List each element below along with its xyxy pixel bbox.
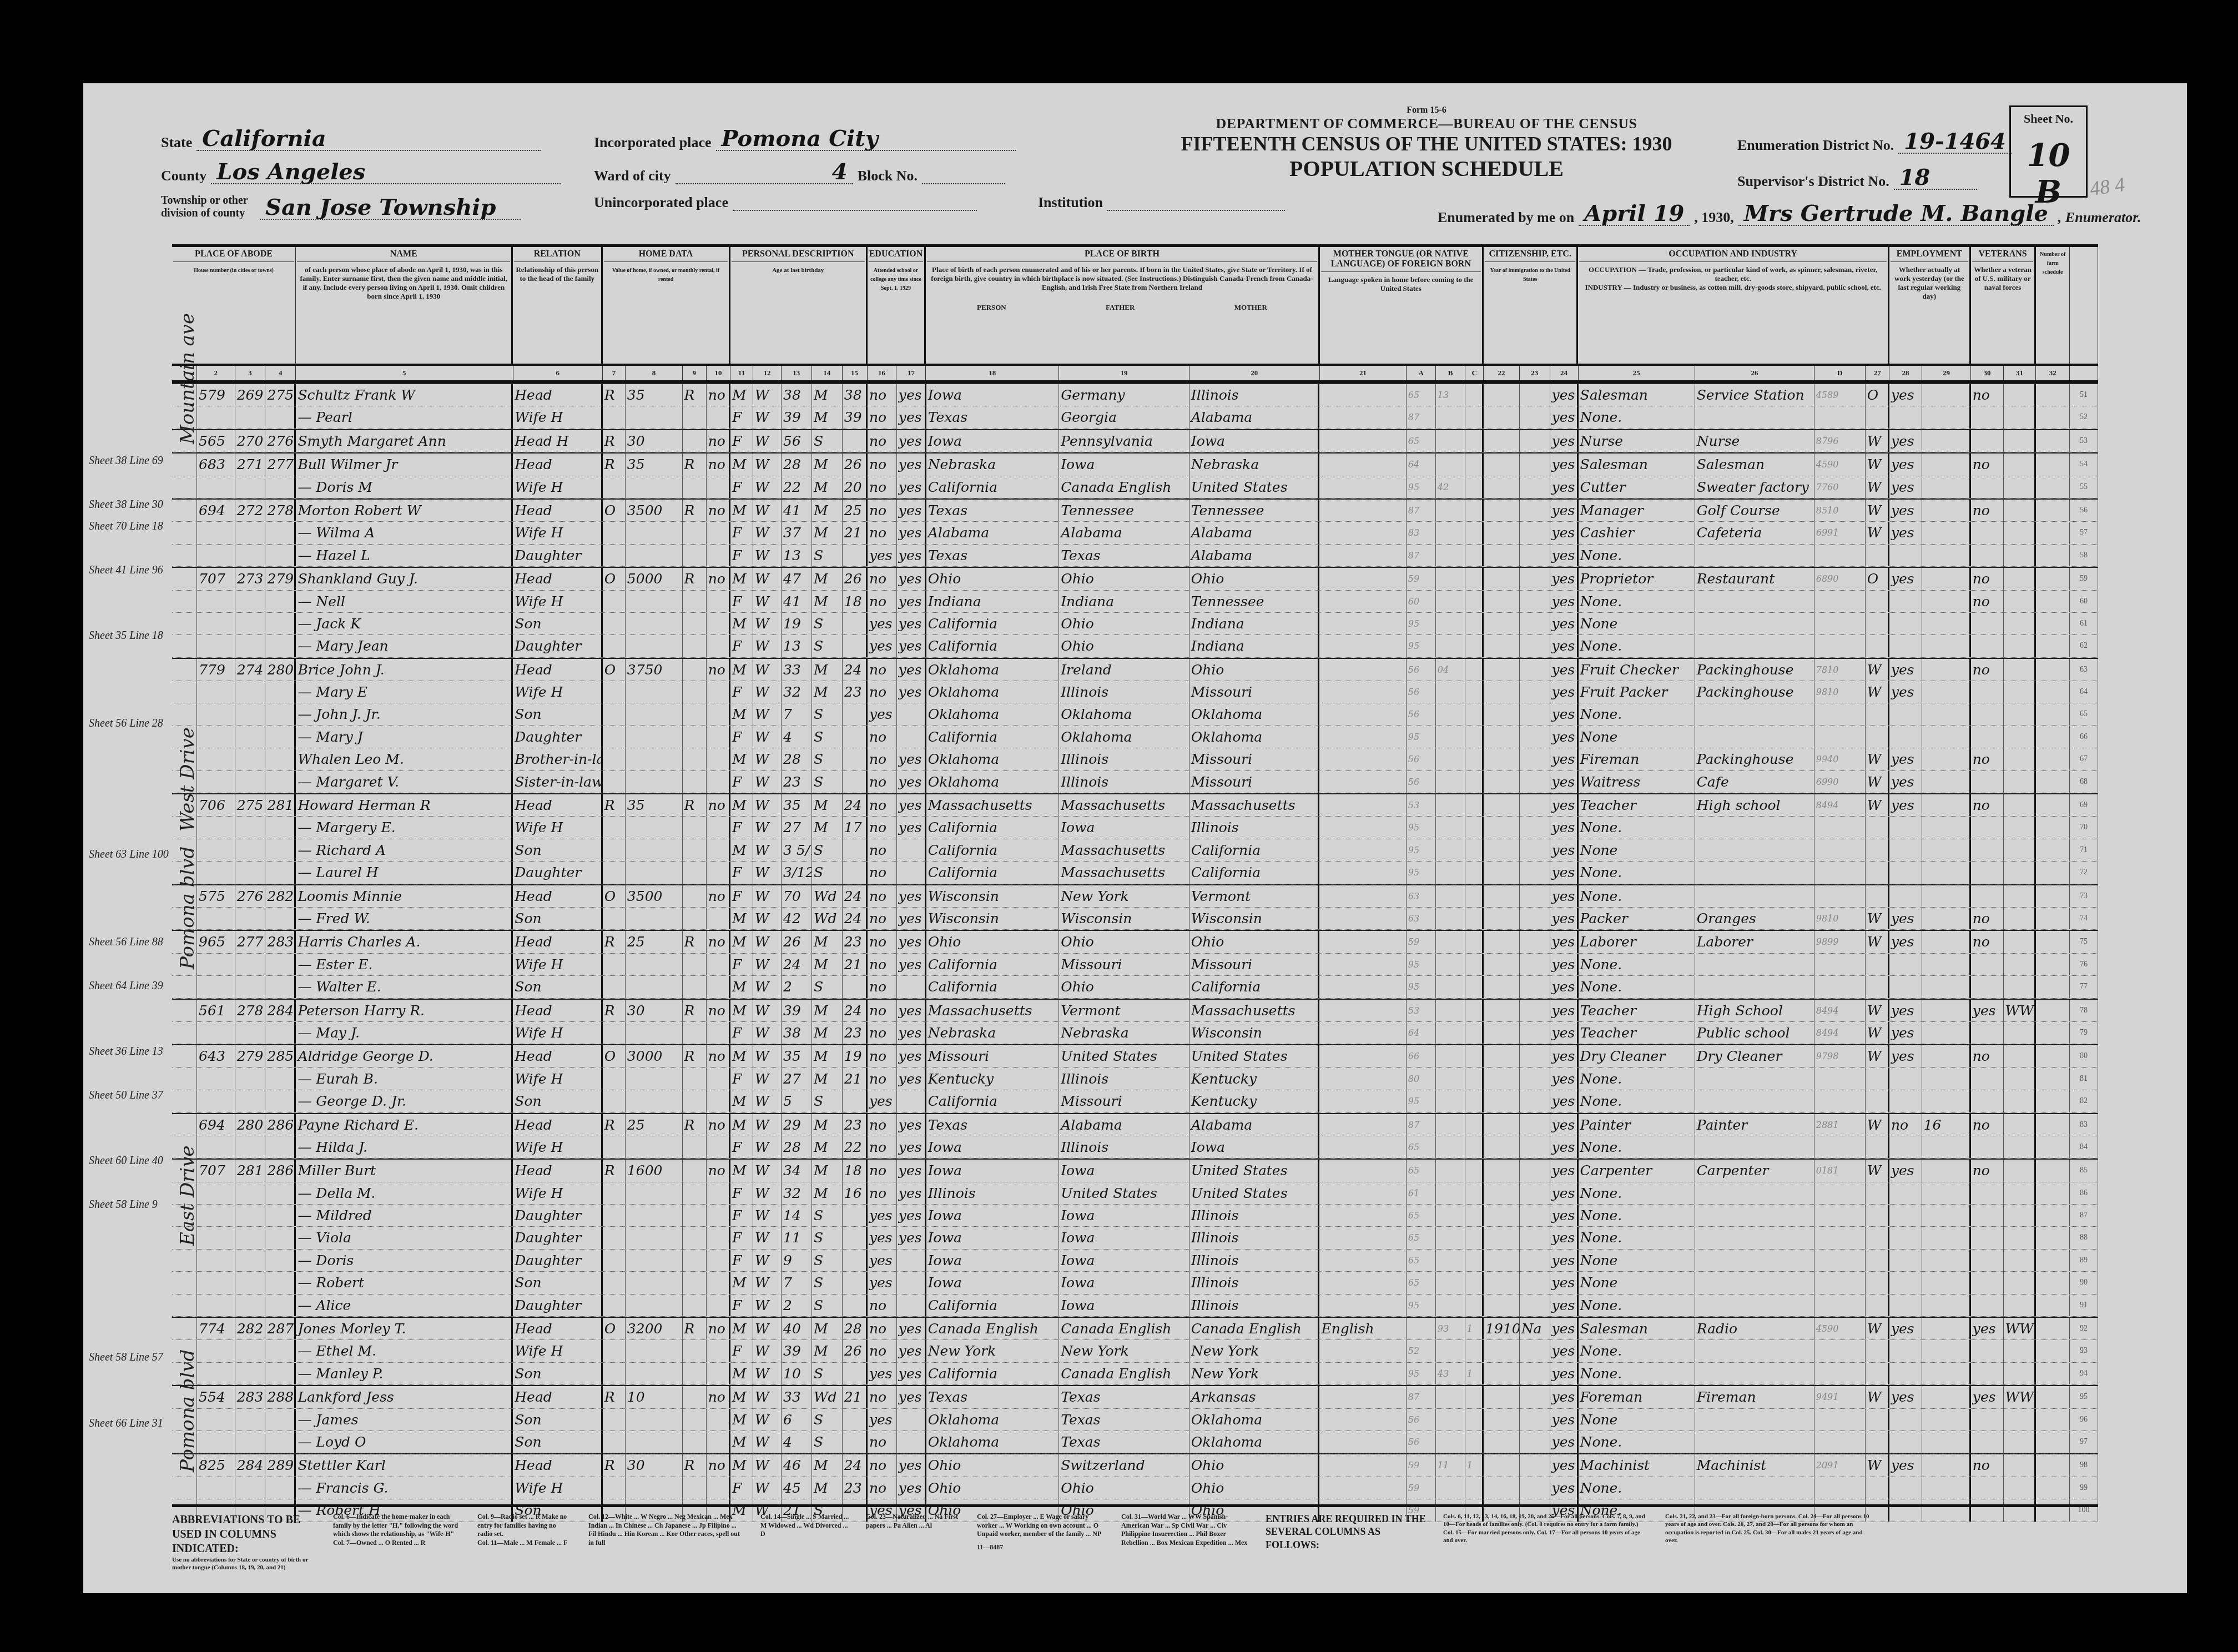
cell-codeC: [1465, 454, 1484, 475]
cell-line: 85: [2070, 1160, 2098, 1181]
cell-school: no: [868, 500, 897, 521]
cell-work: yes: [1889, 1454, 1922, 1476]
cell-age: 24: [782, 954, 812, 975]
cell-unemp: [1922, 613, 1971, 634]
cell-birth: Oklahoma: [926, 771, 1059, 793]
block-label: Block No.: [858, 168, 918, 184]
cell-farmsch: [2036, 1022, 2070, 1044]
cell-occupation: None: [1579, 726, 1695, 748]
cell-marital: M: [812, 1114, 843, 1136]
cell-marital: M: [812, 681, 843, 703]
cell-read: [897, 839, 926, 861]
cell-sex: F: [730, 1227, 753, 1248]
cell-line: 87: [2070, 1205, 2098, 1226]
cell-english: yes: [1550, 1068, 1579, 1090]
cell-read: yes: [897, 748, 926, 770]
cell-immig: [1484, 1477, 1520, 1499]
cell-farm: [707, 1068, 730, 1090]
cell-house: 565: [197, 430, 235, 452]
cell-vet: [1971, 1363, 2004, 1384]
cell-natur: [1520, 500, 1550, 521]
cell-class: [1866, 591, 1889, 612]
cell-race: W: [753, 568, 782, 590]
cell-farmsch: [2036, 931, 2070, 953]
cell-house: [197, 771, 235, 793]
cell-relation: Wife H: [513, 406, 602, 428]
cell-codeC: [1465, 1045, 1484, 1067]
cell-codeA: 56: [1407, 659, 1436, 681]
cell-code: [1814, 862, 1866, 883]
cell-dwelling: [235, 522, 266, 543]
cell-class: W: [1866, 1454, 1889, 1476]
cell-relation: Daughter: [513, 862, 602, 883]
cell-mother: Wisconsin: [1189, 908, 1320, 929]
cell-name: Shankland Guy J.: [296, 568, 513, 590]
cell-birth: California: [926, 613, 1059, 634]
ed-label: Enumeration District No.: [1737, 137, 1894, 154]
cell-war: [2004, 1409, 2037, 1431]
cell-birth: New York: [926, 1340, 1059, 1362]
cell-work: [1889, 591, 1922, 612]
cell-immig: [1484, 1250, 1520, 1271]
cell-vet: no: [1971, 1045, 2004, 1067]
cell-street: [172, 591, 197, 612]
cell-radio: R: [683, 1318, 707, 1339]
cell-age_marr: 16: [843, 1182, 868, 1204]
cell-radio: [683, 591, 707, 612]
cell-vet: no: [1971, 591, 2004, 612]
table-row: — Francis G.Wife HFW45M23noyesOhioOhioOh…: [172, 1477, 2098, 1499]
cell-vet: [1971, 976, 2004, 998]
column-number: 25: [1579, 366, 1695, 380]
footer-col12: Col. 12—White ... W Negro ... Neg Mexica…: [588, 1513, 744, 1571]
cell-lang: [1319, 1409, 1406, 1431]
cell-codeB: [1436, 591, 1465, 612]
cell-codeB: [1436, 681, 1465, 703]
table-row: 554283288Lankford JessHeadR10noMW33Wd21n…: [172, 1385, 2098, 1408]
cell-dwelling: 280: [235, 1114, 266, 1136]
cell-natur: [1520, 1250, 1550, 1271]
margin-note: Sheet 63 Line 100: [89, 849, 169, 860]
cell-occupation: None.: [1579, 1182, 1695, 1204]
cell-street: [172, 476, 197, 498]
cell-war: [2004, 1045, 2037, 1067]
cell-line: 56: [2070, 500, 2098, 521]
cell-line: 95: [2070, 1386, 2098, 1408]
cell-race: W: [753, 1000, 782, 1021]
cell-work: [1889, 545, 1922, 566]
cell-family: 284: [265, 1000, 296, 1021]
cell-relation: Daughter: [513, 1227, 602, 1248]
cell-father: Tennessee: [1059, 500, 1189, 521]
cell-relation: Wife H: [513, 681, 602, 703]
cell-radio: R: [683, 1045, 707, 1067]
cell-street: [172, 613, 197, 634]
cell-family: [265, 862, 296, 883]
cell-relation: Head: [513, 1386, 602, 1408]
cell-codeA: 65: [1407, 1205, 1436, 1226]
cell-race: W: [753, 1045, 782, 1067]
cell-occupation: None.: [1579, 635, 1695, 657]
cell-age: 9: [782, 1250, 812, 1271]
cell-age: 7: [782, 703, 812, 725]
cell-name: — John J. Jr.: [296, 703, 513, 725]
cell-codeB: [1436, 1022, 1465, 1044]
cell-codeB: [1436, 771, 1465, 793]
cell-father: United States: [1059, 1182, 1189, 1204]
cell-school: no: [868, 931, 897, 953]
cell-sex: M: [730, 659, 753, 681]
cell-work: yes: [1889, 1318, 1922, 1339]
cell-value: [626, 726, 683, 748]
cell-street: [172, 1318, 197, 1339]
cell-school: no: [868, 817, 897, 838]
cell-race: W: [753, 1363, 782, 1384]
cell-radio: [683, 1409, 707, 1431]
cell-age: 35: [782, 1045, 812, 1067]
cell-occupation: Fireman: [1579, 748, 1695, 770]
table-row: 575276282Loomis MinnieHeadO3500noFW70Wd2…: [172, 884, 2098, 908]
cell-street: [172, 681, 197, 703]
cell-codeC: [1465, 635, 1484, 657]
cell-natur: [1520, 1409, 1550, 1431]
cell-farmsch: [2036, 1318, 2070, 1339]
cell-family: 287: [265, 1318, 296, 1339]
cell-unemp: [1922, 500, 1971, 521]
cell-codeB: [1436, 726, 1465, 748]
cell-english: yes: [1550, 1045, 1579, 1067]
cell-sex: F: [730, 726, 753, 748]
cell-family: [265, 748, 296, 770]
cell-birth: California: [926, 635, 1059, 657]
cell-age_marr: 26: [843, 1340, 868, 1362]
cell-english: yes: [1550, 954, 1579, 975]
cell-farm: [707, 817, 730, 838]
cell-mother: Tennessee: [1189, 591, 1320, 612]
cell-war: WW: [2004, 1318, 2037, 1339]
cell-occupation: None.: [1579, 1477, 1695, 1499]
table-row: — Margaret V.Sister-in-lawFW23SnoyesOkla…: [172, 771, 2098, 793]
cell-natur: [1520, 1340, 1550, 1362]
cell-family: 282: [265, 885, 296, 907]
cell-immig: [1484, 1136, 1520, 1158]
cell-age: 28: [782, 454, 812, 475]
cell-class: W: [1866, 476, 1889, 498]
cell-natur: [1520, 1272, 1550, 1293]
cell-codeB: 43: [1436, 1363, 1465, 1384]
cell-work: yes: [1889, 1000, 1922, 1021]
cell-natur: [1520, 591, 1550, 612]
cell-industry: [1695, 1340, 1814, 1362]
cell-codeB: [1436, 1477, 1465, 1499]
cell-name: — Doris M: [296, 476, 513, 498]
cell-dwelling: 284: [235, 1454, 266, 1476]
cell-age: 34: [782, 1160, 812, 1181]
cell-codeB: [1436, 1205, 1465, 1226]
cell-work: yes: [1889, 1386, 1922, 1408]
cell-sex: M: [730, 931, 753, 953]
cell-english: yes: [1550, 1340, 1579, 1362]
cell-work: [1889, 1136, 1922, 1158]
cell-relation: Head: [513, 568, 602, 590]
cell-codeC: [1465, 931, 1484, 953]
column-number: 5: [296, 366, 513, 380]
cell-natur: [1520, 1477, 1550, 1499]
table-row: 694280286Payne Richard E.HeadR25RnoMW29M…: [172, 1113, 2098, 1136]
cell-codeA: 65: [1407, 384, 1436, 406]
cell-school: yes: [868, 703, 897, 725]
supervisor-district-field: Supervisor's District No. 18: [1737, 167, 1977, 190]
cell-house: [197, 681, 235, 703]
cell-natur: [1520, 1000, 1550, 1021]
cell-house: 683: [197, 454, 235, 475]
cell-mother: Arkansas: [1189, 1386, 1320, 1408]
cell-codeB: [1436, 1250, 1465, 1271]
cell-industry: Sweater factory: [1695, 476, 1814, 498]
cell-codeA: 64: [1407, 454, 1436, 475]
cell-code: 8494: [1814, 1000, 1866, 1021]
cell-school: no: [868, 659, 897, 681]
cell-relation: Brother-in-law: [513, 748, 602, 770]
cell-farmsch: [2036, 1068, 2070, 1090]
cell-farmsch: [2036, 1340, 2070, 1362]
cell-name: Harris Charles A.: [296, 931, 513, 953]
cell-radio: [683, 1477, 707, 1499]
cell-radio: [683, 1227, 707, 1248]
cell-vet: [1971, 1340, 2004, 1362]
cell-war: [2004, 635, 2037, 657]
cell-vet: no: [1971, 931, 2004, 953]
cell-street: [172, 635, 197, 657]
cell-codeC: [1465, 908, 1484, 929]
cell-value: 3200: [626, 1318, 683, 1339]
table-row: — Eurah B.Wife HFW27M21noyesKentuckyIlli…: [172, 1068, 2098, 1090]
cell-house: [197, 1227, 235, 1248]
cell-farm: no: [707, 430, 730, 452]
cell-marital: M: [812, 659, 843, 681]
cell-english: yes: [1550, 976, 1579, 998]
cell-radio: [683, 1295, 707, 1316]
cell-farm: [707, 1431, 730, 1453]
cell-sex: M: [730, 794, 753, 816]
form-number: Form 15-6: [1149, 105, 1704, 115]
cell-codeC: [1465, 885, 1484, 907]
cell-unemp: [1922, 1363, 1971, 1384]
cell-own: R: [603, 384, 626, 406]
cell-family: [265, 545, 296, 566]
cell-father: Ireland: [1059, 659, 1189, 681]
cell-dwelling: [235, 545, 266, 566]
cell-english: yes: [1550, 591, 1579, 612]
cell-natur: [1520, 635, 1550, 657]
margin-note: Sheet 60 Line 40: [89, 1155, 163, 1166]
cell-relation: Wife H: [513, 1068, 602, 1090]
cell-house: [197, 954, 235, 975]
header-employment: EMPLOYMENTWhether actually at work yeste…: [1889, 247, 1971, 364]
cell-english: yes: [1550, 1409, 1579, 1431]
cell-name: Payne Richard E.: [296, 1114, 513, 1136]
cell-industry: [1695, 545, 1814, 566]
cell-mother: Nebraska: [1189, 454, 1320, 475]
table-row: — May J.Wife HFW38M23noyesNebraskaNebras…: [172, 1022, 2098, 1044]
table-row: — John J. Jr.SonMW7SyesOklahomaOklahomaO…: [172, 703, 2098, 726]
cell-dwelling: 278: [235, 1000, 266, 1021]
cell-industry: [1695, 862, 1814, 883]
cell-sex: M: [730, 976, 753, 998]
cell-farmsch: [2036, 681, 2070, 703]
cell-industry: [1695, 817, 1814, 838]
cell-marital: Wd: [812, 885, 843, 907]
cell-street: [172, 1250, 197, 1271]
cell-marital: Wd: [812, 908, 843, 929]
cell-race: W: [753, 591, 782, 612]
cell-immig: [1484, 476, 1520, 498]
cell-value: 3500: [626, 500, 683, 521]
cell-industry: Oranges: [1695, 908, 1814, 929]
cell-age_marr: 26: [843, 454, 868, 475]
cell-house: [197, 476, 235, 498]
cell-school: yes: [868, 635, 897, 657]
cell-codeC: [1465, 500, 1484, 521]
cell-age: 23: [782, 771, 812, 793]
sheet-value: 10 B: [2011, 137, 2086, 210]
cell-age: 22: [782, 476, 812, 498]
cell-mother: United States: [1189, 476, 1320, 498]
cell-work: [1889, 1340, 1922, 1362]
cell-codeA: 65: [1407, 1136, 1436, 1158]
cell-age_marr: [843, 1205, 868, 1226]
cell-english: yes: [1550, 908, 1579, 929]
cell-unemp: [1922, 954, 1971, 975]
cell-code: 9798: [1814, 1045, 1866, 1067]
cell-war: [2004, 1250, 2037, 1271]
cell-class: W: [1866, 748, 1889, 770]
margin-note: Sheet 38 Line 69: [89, 455, 163, 466]
cell-natur: [1520, 430, 1550, 452]
cell-birth: Oklahoma: [926, 703, 1059, 725]
cell-family: 285: [265, 1045, 296, 1067]
cell-natur: [1520, 1386, 1550, 1408]
cell-codeB: [1436, 817, 1465, 838]
cell-read: yes: [897, 1363, 926, 1384]
cell-dwelling: [235, 635, 266, 657]
cell-occupation: None.: [1579, 862, 1695, 883]
cell-work: yes: [1889, 771, 1922, 793]
cell-war: [2004, 568, 2037, 590]
cell-unemp: [1922, 885, 1971, 907]
cell-industry: [1695, 1272, 1814, 1293]
cell-farmsch: [2036, 613, 2070, 634]
cell-codeA: 95: [1407, 476, 1436, 498]
cell-line: 94: [2070, 1363, 2098, 1384]
cell-class: W: [1866, 1386, 1889, 1408]
cell-sex: M: [730, 1363, 753, 1384]
cell-natur: [1520, 1454, 1550, 1476]
cell-house: 561: [197, 1000, 235, 1021]
column-number: [2070, 366, 2098, 380]
cell-english: yes: [1550, 659, 1579, 681]
cell-radio: R: [683, 1454, 707, 1476]
cell-radio: [683, 1205, 707, 1226]
cell-race: W: [753, 659, 782, 681]
cell-war: [2004, 1114, 2037, 1136]
cell-codeB: [1436, 1340, 1465, 1362]
cell-value: [626, 1227, 683, 1248]
cell-code: [1814, 406, 1866, 428]
cell-farm: no: [707, 454, 730, 475]
cell-class: [1866, 1340, 1889, 1362]
cell-codeA: 59: [1407, 931, 1436, 953]
cell-mother: Missouri: [1189, 954, 1320, 975]
cell-war: [2004, 839, 2037, 861]
cell-father: Texas: [1059, 1409, 1189, 1431]
cell-code: [1814, 1477, 1866, 1499]
cell-value: [626, 1250, 683, 1271]
header-citizenship: CITIZENSHIP, ETC.Year of immigration to …: [1484, 247, 1578, 364]
cell-class: [1866, 1409, 1889, 1431]
column-number: 15: [843, 366, 868, 380]
cell-immig: [1484, 1090, 1520, 1112]
cell-race: W: [753, 1068, 782, 1090]
cell-occupation: Teacher: [1579, 794, 1695, 816]
cell-war: [2004, 817, 2037, 838]
cell-dwelling: [235, 748, 266, 770]
cell-lang: [1319, 384, 1406, 406]
cell-father: Missouri: [1059, 954, 1189, 975]
cell-lang: [1319, 1045, 1406, 1067]
cell-read: [897, 703, 926, 725]
cell-lang: [1319, 681, 1406, 703]
cell-street: [172, 1022, 197, 1044]
cell-english: yes: [1550, 1272, 1579, 1293]
cell-natur: Na: [1520, 1318, 1550, 1339]
cell-street: [172, 976, 197, 998]
cell-own: [603, 954, 626, 975]
cell-dwelling: [235, 1090, 266, 1112]
cell-work: yes: [1889, 681, 1922, 703]
cell-family: [265, 1227, 296, 1248]
cell-mother: Illinois: [1189, 1250, 1320, 1271]
cell-family: [265, 839, 296, 861]
cell-occupation: None.: [1579, 885, 1695, 907]
cell-father: Iowa: [1059, 1160, 1189, 1181]
cell-farmsch: [2036, 1295, 2070, 1316]
cell-marital: M: [812, 384, 843, 406]
cell-sex: F: [730, 1205, 753, 1226]
cell-family: [265, 613, 296, 634]
cell-name: — Francis G.: [296, 1477, 513, 1499]
cell-value: [626, 1205, 683, 1226]
cell-unemp: [1922, 1386, 1971, 1408]
cell-code: 4589: [1814, 384, 1866, 406]
cell-codeA: 61: [1407, 1182, 1436, 1204]
cell-immig: [1484, 703, 1520, 725]
cell-farm: [707, 839, 730, 861]
cell-war: WW: [2004, 1000, 2037, 1021]
cell-unemp: [1922, 1454, 1971, 1476]
cell-own: [603, 1182, 626, 1204]
table-row: 779274280Brice John J.HeadO3750noMW33M24…: [172, 658, 2098, 681]
header-relation: RELATIONRelationship of this person to t…: [513, 247, 603, 364]
cell-english: yes: [1550, 522, 1579, 543]
cell-value: [626, 1340, 683, 1362]
cell-family: 283: [265, 931, 296, 953]
cell-work: [1889, 1363, 1922, 1384]
cell-house: [197, 406, 235, 428]
cell-age: 38: [782, 1022, 812, 1044]
cell-own: [603, 1068, 626, 1090]
cell-radio: R: [683, 794, 707, 816]
